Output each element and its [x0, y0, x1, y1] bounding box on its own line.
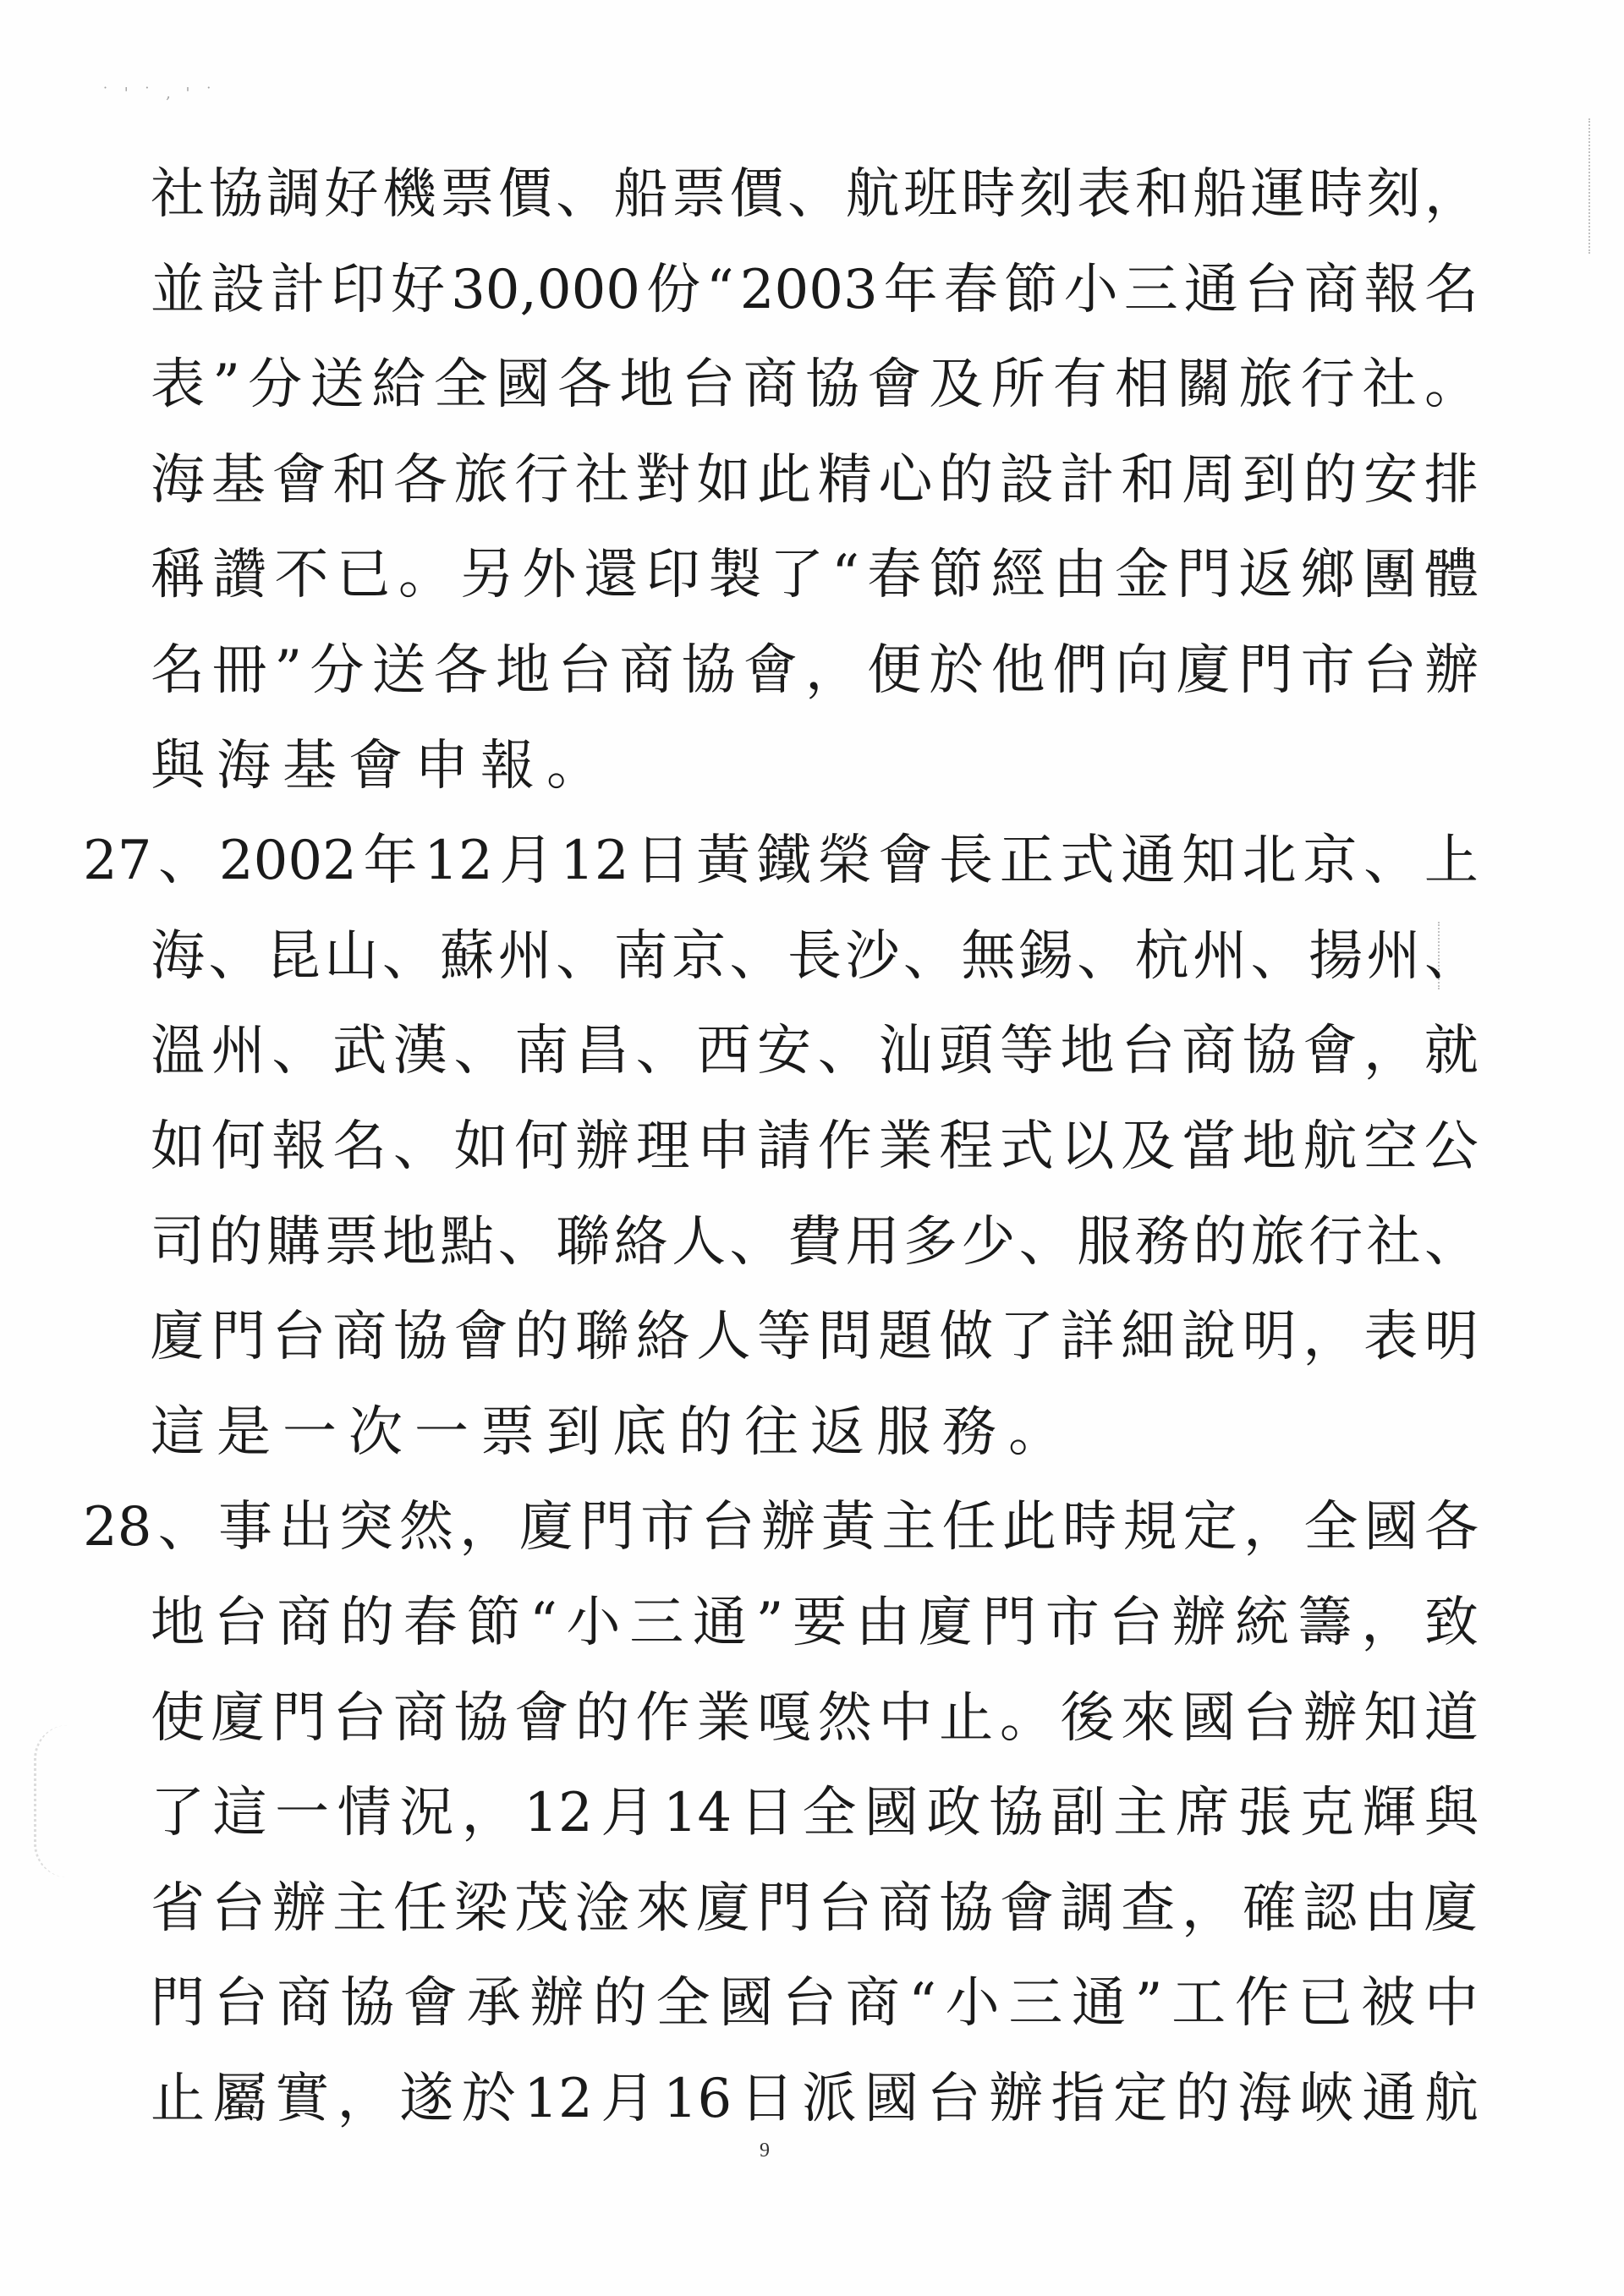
text-line: 使廈門台商協會的作業嘎然中止。後來國台辦知道 [151, 1685, 1479, 1752]
margin-mark-right [1588, 118, 1590, 254]
text-line: 27、2002年12月12日黃鐵榮會長正式通知北京、上 [83, 827, 1479, 895]
text-line: 地台商的春節“小三通”要由廈門市台辦統籌，致 [151, 1589, 1479, 1657]
text-line: 如何報名、如何辦理申請作業程式以及當地航空公 [151, 1113, 1479, 1181]
text-line: 了這一情況，12月14日全國政協副主席張克輝與 [151, 1779, 1479, 1847]
text-line: 並設計印好30,000份“2003年春節小三通台商報名 [151, 256, 1479, 324]
text-line: 社協調好機票價、船票價、航班時刻表和船運時刻， [151, 161, 1479, 228]
text-line: 止屬實，遂於12月16日派國台辦指定的海峽通航 [151, 2065, 1479, 2133]
scanned-document-page: ˙ ' ˙ , ' ˙ 社協調好機票價、船票價、航班時刻表和船運時刻，並設計印好… [0, 0, 1624, 2296]
text-line: 表”分送給全國各地台商協會及所有相關旅行社。 [151, 351, 1479, 419]
page-number: 9 [760, 2140, 770, 2162]
text-line: 廈門台商協會的聯絡人等問題做了詳細說明，表明 [151, 1303, 1479, 1371]
scan-smudge-left [34, 1725, 104, 1877]
text-line: 稱讚不已。另外還印製了“春節經由金門返鄉團體 [151, 541, 1479, 609]
text-line: 溫州、武漢、南昌、西安、汕頭等地台商協會，就 [151, 1017, 1479, 1085]
text-line: 省台辦主任梁茂淦來廈門台商協會調查，確認由廈 [151, 1875, 1479, 1943]
text-line: 司的購票地點、聯絡人、費用多少、服務的旅行社、 [151, 1208, 1479, 1276]
text-line: 海基會和各旅行社對如此精心的設計和周到的安排 [151, 447, 1479, 514]
text-line: 名冊”分送各地台商協會，便於他們向廈門市台辦 [151, 637, 1479, 704]
text-line: 與海基會申報。 [151, 732, 1479, 800]
text-line: 這是一次一票到底的往返服務。 [151, 1399, 1479, 1466]
text-line: 海、昆山、蘇州、南京、長沙、無錫、杭州、揚州、 [151, 923, 1479, 990]
scan-noise-top-left: ˙ ' ˙ , ' ˙ [101, 85, 217, 102]
text-line: 28、事出突然，廈門市台辦黃主任此時規定，全國各 [83, 1493, 1479, 1561]
text-line: 門台商協會承辦的全國台商“小三通”工作已被中 [151, 1970, 1479, 2037]
